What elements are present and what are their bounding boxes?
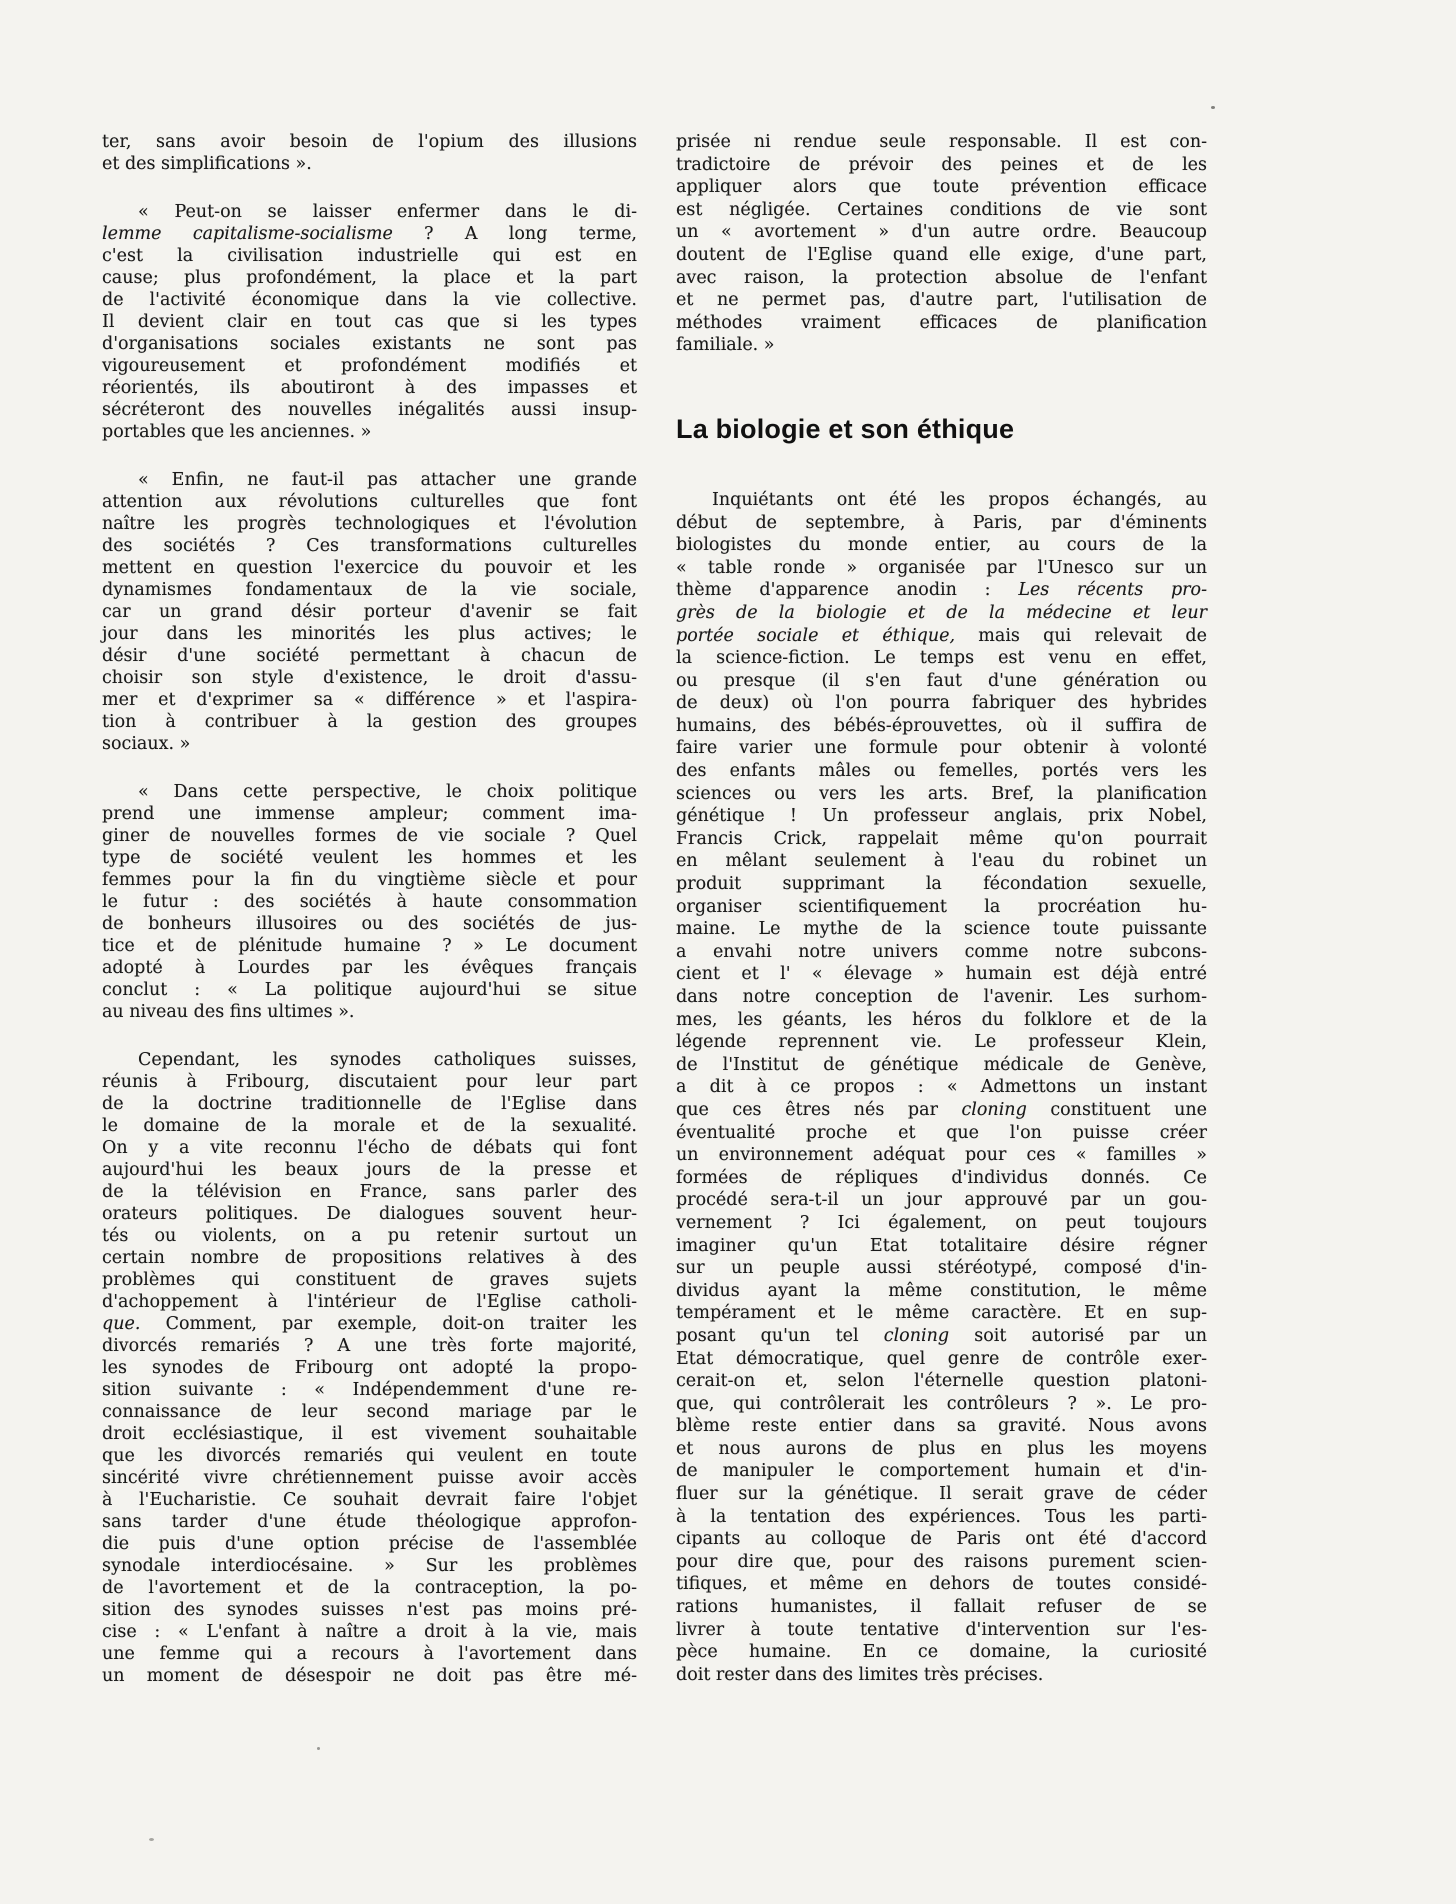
- text-line: synodale interdiocésaine. » Sur les prob…: [102, 1555, 637, 1577]
- text-line: imaginer qu'un Etat totalitaire désire r…: [676, 1235, 1207, 1258]
- text-line: des sociétés ? Ces transformations cultu…: [102, 535, 637, 557]
- text-line: a envahi notre univers comme notre subco…: [676, 941, 1207, 964]
- text-line: réunis à Fribourg, discutaient pour leur…: [102, 1071, 637, 1093]
- text-line: maine. Le mythe de la science toute puis…: [676, 918, 1207, 941]
- text-line: livrer à toute tentative d'intervention …: [676, 1619, 1207, 1642]
- paragraph: « Dans cette perspective, le choix polit…: [102, 781, 637, 1023]
- text-line: un environnement adéquat pour ces « fami…: [676, 1144, 1207, 1167]
- text-line: portée sociale et éthique, mais qui rele…: [676, 625, 1207, 648]
- text-line: génétique ! Un professeur anglais, prix …: [676, 805, 1207, 828]
- text-line: un moment de désespoir ne doit pas être …: [102, 1665, 637, 1687]
- text-line: « table ronde » organisée par l'Unesco s…: [676, 557, 1207, 580]
- text-line: tifiques, et même en dehors de toutes co…: [676, 1573, 1207, 1596]
- text-line: désir d'une société permettant à chacun …: [102, 645, 637, 667]
- text-line: Cependant, les synodes catholiques suiss…: [102, 1049, 637, 1071]
- text-line: sincérité vivre chrétiennement puisse av…: [102, 1467, 637, 1489]
- text-line: réorientés, ils aboutiront à des impasse…: [102, 377, 637, 399]
- scan-speck: [317, 1747, 320, 1750]
- text-line: de deux) où l'on pourra fabriquer des hy…: [676, 692, 1207, 715]
- text-line: divorcés remariés ? A une très forte maj…: [102, 1335, 637, 1357]
- text-line: mettent en question l'exercice du pouvoi…: [102, 557, 637, 579]
- text-line: prisée ni rendue seule responsable. Il e…: [676, 131, 1207, 154]
- text-line: cipants au colloque de Paris ont été d'a…: [676, 1528, 1207, 1551]
- text-line: blème reste entier dans sa gravité. Nous…: [676, 1415, 1207, 1438]
- text-line: car un grand désir porteur d'avenir se f…: [102, 601, 637, 623]
- paragraph: « Peut-on se laisser enfermer dans le di…: [102, 201, 637, 443]
- text-line: appliquer alors que toute prévention eff…: [676, 176, 1207, 199]
- text-line: fluer sur la génétique. Il serait grave …: [676, 1483, 1207, 1506]
- page: ter, sans avoir besoin de l'opium des il…: [0, 0, 1456, 1904]
- right-column: prisée ni rendue seule responsable. Il e…: [676, 131, 1207, 1686]
- text-line: d'organisations sociales existants ne so…: [102, 333, 637, 355]
- text-line: que, qui contrôlerait les contrôleurs ? …: [676, 1393, 1207, 1416]
- text-line: méthodes vraiment efficaces de planifica…: [676, 312, 1207, 335]
- text-line: die puis d'une option précise de l'assem…: [102, 1533, 637, 1555]
- text-line: des enfants mâles ou femelles, portés ve…: [676, 760, 1207, 783]
- paragraph: Inquiétants ont été les propos échangés,…: [676, 489, 1207, 1686]
- text-line: Francis Crick, rappelait même qu'on pour…: [676, 828, 1207, 851]
- text-line: tempérament et le même caractère. Et en …: [676, 1302, 1207, 1325]
- paragraph: « Enfin, ne faut-il pas attacher une gra…: [102, 469, 637, 755]
- text-line: « Dans cette perspective, le choix polit…: [102, 781, 637, 803]
- text-line: et nous aurons de plus en plus les moyen…: [676, 1438, 1207, 1461]
- text-line: début de septembre, à Paris, par d'émine…: [676, 512, 1207, 535]
- text-line: cause; plus profondément, la place et la…: [102, 267, 637, 289]
- text-line: posant qu'un tel cloning soit autorisé p…: [676, 1325, 1207, 1348]
- text-line: « Enfin, ne faut-il pas attacher une gra…: [102, 469, 637, 491]
- text-line: sécréteront des nouvelles inégalités aus…: [102, 399, 637, 421]
- text-line: cerait-on et, selon l'éternelle question…: [676, 1370, 1207, 1393]
- text-line: à la tentation des expériences. Tous les…: [676, 1506, 1207, 1529]
- text-line: sciences ou vers les arts. Bref, la plan…: [676, 783, 1207, 806]
- text-line: portables que les anciennes. »: [102, 421, 637, 443]
- text-line: et ne permet pas, d'autre part, l'utilis…: [676, 289, 1207, 312]
- text-line: rations humanistes, il fallait refuser d…: [676, 1596, 1207, 1619]
- left-column: ter, sans avoir besoin de l'opium des il…: [102, 131, 637, 1687]
- scan-speck: [149, 1838, 154, 1841]
- text-line: mer et d'exprimer sa « différence » et l…: [102, 689, 637, 711]
- paragraph: prisée ni rendue seule responsable. Il e…: [676, 131, 1207, 357]
- text-line: attention aux révolutions culturelles qu…: [102, 491, 637, 513]
- text-line: faire varier une formule pour obtenir à …: [676, 737, 1207, 760]
- text-line: adopté à Lourdes par les évêques françai…: [102, 957, 637, 979]
- text-line: tice et de plénitude humaine ? » Le docu…: [102, 935, 637, 957]
- text-line: de la doctrine traditionnelle de l'Eglis…: [102, 1093, 637, 1115]
- text-line: femmes pour la fin du vingtième siècle e…: [102, 869, 637, 891]
- section-heading: La biologie et son éthique: [676, 413, 1207, 445]
- text-line: organiser scientifiquement la procréatio…: [676, 896, 1207, 919]
- text-line: de l'Institut de génétique médicale de G…: [676, 1054, 1207, 1077]
- text-line: a dit à ce propos : « Admettons un insta…: [676, 1076, 1207, 1099]
- text-line: giner de nouvelles formes de vie sociale…: [102, 825, 637, 847]
- text-line: « Peut-on se laisser enfermer dans le di…: [102, 201, 637, 223]
- text-line: cise : « L'enfant à naître a droit à la …: [102, 1621, 637, 1643]
- text-line: vernement ? Ici également, on peut toujo…: [676, 1212, 1207, 1235]
- text-line: d'achoppement à l'intérieur de l'Eglise …: [102, 1291, 637, 1313]
- text-line: connaissance de leur second mariage par …: [102, 1401, 637, 1423]
- text-line: orateurs politiques. De dialogues souven…: [102, 1203, 637, 1225]
- text-line: choisir son style d'existence, le droit …: [102, 667, 637, 689]
- text-line: biologistes du monde entier, au cours de…: [676, 534, 1207, 557]
- text-line: jour dans les minorités les plus actives…: [102, 623, 637, 645]
- text-line: le futur : des sociétés à haute consomma…: [102, 891, 637, 913]
- text-line: éventualité proche et que l'on puisse cr…: [676, 1122, 1207, 1145]
- text-line: droit ecclésiastique, il est vivement so…: [102, 1423, 637, 1445]
- text-line: que. Comment, par exemple, doit-on trait…: [102, 1313, 637, 1335]
- text-line: formées de répliques d'individus donnés.…: [676, 1167, 1207, 1190]
- text-line: procédé sera-t-il un jour approuvé par u…: [676, 1189, 1207, 1212]
- text-line: que ces êtres nés par cloning constituen…: [676, 1099, 1207, 1122]
- text-line: de bonheurs illusoires ou des sociétés d…: [102, 913, 637, 935]
- text-line: tés ou violents, on a pu retenir surtout…: [102, 1225, 637, 1247]
- text-line: de manipuler le comportement humain et d…: [676, 1460, 1207, 1483]
- text-line: une femme qui a recours à l'avortement d…: [102, 1643, 637, 1665]
- text-line: est négligée. Certaines conditions de vi…: [676, 199, 1207, 222]
- text-line: problèmes qui constituent de graves suje…: [102, 1269, 637, 1291]
- text-line: pèce humaine. En ce domaine, la curiosit…: [676, 1641, 1207, 1664]
- text-line: de l'activité économique dans la vie col…: [102, 289, 637, 311]
- text-line: sition des synodes suisses n'est pas moi…: [102, 1599, 637, 1621]
- text-line: grès de la biologie et de la médecine et…: [676, 602, 1207, 625]
- text-line: de la télévision en France, sans parler …: [102, 1181, 637, 1203]
- text-line: Il devient clair en tout cas que si les …: [102, 311, 637, 333]
- text-line: humains, des bébés-éprouvettes, où il su…: [676, 715, 1207, 738]
- text-line: légende reprennent vie. Le professeur Kl…: [676, 1031, 1207, 1054]
- text-line: la science-fiction. Le temps est venu en…: [676, 647, 1207, 670]
- text-line: un « avortement » d'un autre ordre. Beau…: [676, 221, 1207, 244]
- text-line: Etat démocratique, quel genre de contrôl…: [676, 1348, 1207, 1371]
- text-line: familiale. »: [676, 334, 1207, 357]
- paragraph: ter, sans avoir besoin de l'opium des il…: [102, 131, 637, 175]
- text-line: pour dire que, pour des raisons purement…: [676, 1551, 1207, 1574]
- text-line: Inquiétants ont été les propos échangés,…: [676, 489, 1207, 512]
- text-line: doit rester dans des limites très précis…: [676, 1664, 1207, 1687]
- scanned-magazine-page: { "page": { "background": "#f4f3ef", "in…: [0, 0, 1456, 1904]
- scan-speck: [1211, 106, 1215, 109]
- text-line: naître les progrès technologiques et l'é…: [102, 513, 637, 535]
- text-line: cient et l' « élevage » humain est déjà …: [676, 963, 1207, 986]
- text-line: ter, sans avoir besoin de l'opium des il…: [102, 131, 637, 153]
- text-line: le domaine de la morale et de la sexuali…: [102, 1115, 637, 1137]
- text-line: à l'Eucharistie. Ce souhait devrait fair…: [102, 1489, 637, 1511]
- text-line: dividus ayant la même constitution, le m…: [676, 1280, 1207, 1303]
- text-line: conclut : « La politique aujourd'hui se …: [102, 979, 637, 1001]
- text-line: que les divorcés remariés qui veulent en…: [102, 1445, 637, 1467]
- text-line: aujourd'hui les beaux jours de la presse…: [102, 1159, 637, 1181]
- text-line: mes, les géants, les héros du folklore e…: [676, 1009, 1207, 1032]
- text-line: type de société veulent les hommes et le…: [102, 847, 637, 869]
- text-line: doutent de l'Eglise quand elle exige, d'…: [676, 244, 1207, 267]
- text-line: prend une immense ampleur; comment ima-: [102, 803, 637, 825]
- text-line: dans notre conception de l'avenir. Les s…: [676, 986, 1207, 1009]
- text-line: lemme capitalisme-socialisme ? A long te…: [102, 223, 637, 245]
- text-line: certain nombre de propositions relatives…: [102, 1247, 637, 1269]
- text-line: c'est la civilisation industrielle qui e…: [102, 245, 637, 267]
- text-line: et des simplifications ».: [102, 153, 637, 175]
- text-line: tradictoire de prévoir des peines et de …: [676, 154, 1207, 177]
- text-line: sans tarder d'une étude théologique appr…: [102, 1511, 637, 1533]
- text-line: les synodes de Fribourg ont adopté la pr…: [102, 1357, 637, 1379]
- text-line: sition suivante : « Indépendemment d'une…: [102, 1379, 637, 1401]
- text-line: ou presque (il s'en faut d'une génératio…: [676, 670, 1207, 693]
- text-line: au niveau des fins ultimes ».: [102, 1001, 637, 1023]
- text-line: avec raison, la protection absolue de l'…: [676, 267, 1207, 290]
- text-line: sur un peuple aussi stéréotypé, composé …: [676, 1257, 1207, 1280]
- text-line: sociaux. »: [102, 733, 637, 755]
- text-line: produit supprimant la fécondation sexuel…: [676, 873, 1207, 896]
- text-line: tion à contribuer à la gestion des group…: [102, 711, 637, 733]
- text-line: thème d'apparence anodin : Les récents p…: [676, 579, 1207, 602]
- paragraph: Cependant, les synodes catholiques suiss…: [102, 1049, 637, 1687]
- text-line: vigoureusement et profondément modifiés …: [102, 355, 637, 377]
- text-line: On y a vite reconnu l'écho de débats qui…: [102, 1137, 637, 1159]
- text-line: de l'avortement et de la contraception, …: [102, 1577, 637, 1599]
- text-line: en mêlant seulement à l'eau du robinet u…: [676, 850, 1207, 873]
- text-line: dynamismes fondamentaux de la vie social…: [102, 579, 637, 601]
